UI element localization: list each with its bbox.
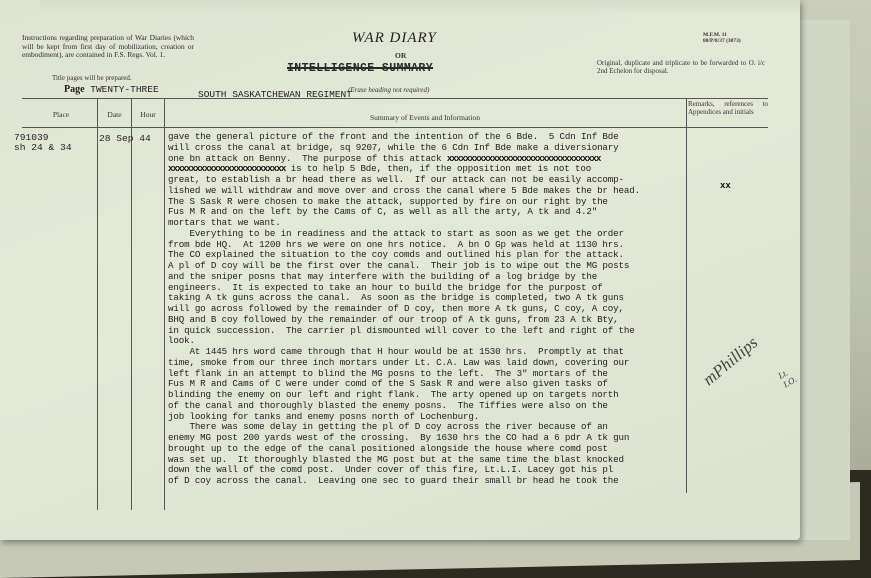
entry-place: 791039 sh 24 & 34 <box>14 133 72 153</box>
column-header-date: Date <box>98 110 131 119</box>
entry-date: 28 Sep 44 <box>99 133 151 144</box>
form-code-line2: 80/P/8/37 (3073) <box>703 38 741 44</box>
column-header-summary: Summary of Events and Information <box>165 113 685 122</box>
summary-line: of the canal and thoroughly blasted the … <box>168 401 698 412</box>
xed-out-text: xxxxxxxxxxxxxxxxxxxxxxxxxx <box>168 163 285 174</box>
summary-line: brought up to the edge of the canal posi… <box>168 444 698 455</box>
column-header-place: Place <box>30 110 92 119</box>
col-divider-place <box>97 98 98 510</box>
page-number-line: Page TWENTY-THREE <box>64 84 159 95</box>
column-header-hour: Hour <box>132 110 164 119</box>
form-title-or: OR <box>395 51 406 60</box>
place-map-sheet: sh 24 & 34 <box>14 143 72 153</box>
summary-line: BHQ and B coy followed by the remainder … <box>168 315 698 326</box>
summary-line: time, smoke from our three inch mortars … <box>168 358 698 369</box>
instructions-note: Instructions regarding preparation of Wa… <box>22 34 194 60</box>
title-pages-note: Title pages will be prepared. <box>52 74 132 82</box>
summary-line: will cross the canal at bridge, sq 9207,… <box>168 143 698 154</box>
form-title: WAR DIARY <box>352 30 437 47</box>
summary-of-events: gave the general picture of the front an… <box>168 132 698 487</box>
col-divider-date <box>131 98 132 510</box>
page-label: Page <box>64 84 85 95</box>
distribution-note: Original, duplicate and triplicate to be… <box>597 59 765 75</box>
margin-mark: xx <box>720 181 731 191</box>
form-code: M.F.M. 11 80/P/8/37 (3073) <box>703 32 741 44</box>
table-header-rule <box>22 127 768 128</box>
column-header-remarks: Remarks, references to Appendices and in… <box>688 100 768 116</box>
signature-rank: Lt. I.O. <box>776 362 803 389</box>
summary-line: in quick succession. The carrier pl dism… <box>168 326 698 337</box>
page-edge <box>40 0 800 14</box>
officer-signature: mPhillips <box>699 333 762 390</box>
col-divider-hour <box>164 98 165 510</box>
summary-line: and the sniper posns that may interfere … <box>168 272 698 283</box>
war-diary-page: Instructions regarding preparation of Wa… <box>0 0 800 540</box>
table-top-rule <box>22 98 768 99</box>
struck-title: INTELLIGENCE SUMMARY <box>287 62 433 75</box>
summary-line: of D coy across the canal. Leaving one s… <box>168 476 698 487</box>
xed-out-text: xxxxxxxxxxxxxxxxxxxxxxxxxxxxxxxxxx <box>447 153 600 164</box>
summary-line: Everything to be in readiness and the at… <box>168 229 698 240</box>
summary-line: lished we will withdraw and move over an… <box>168 186 698 197</box>
erase-note: (Erase heading not required) <box>348 86 429 94</box>
page-number: TWENTY-THREE <box>90 84 158 95</box>
